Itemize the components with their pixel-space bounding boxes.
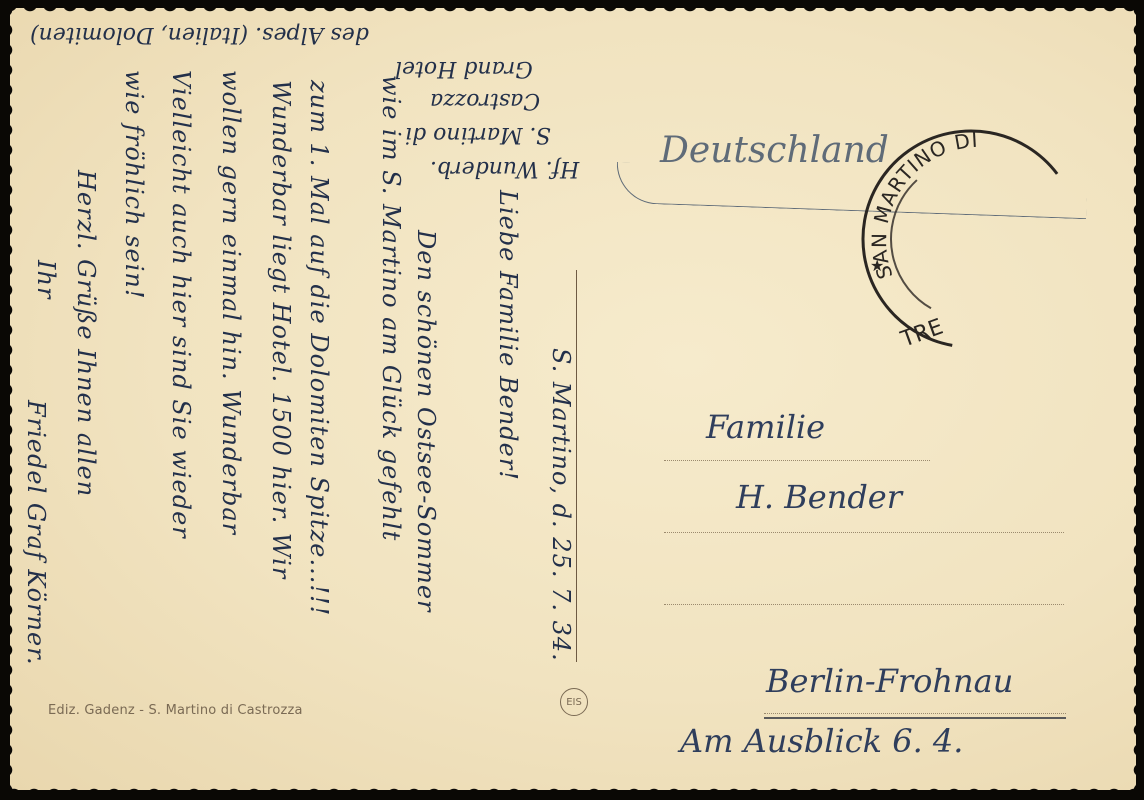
message-line-6: wollen gern einmal hin. Wunderbar (217, 70, 245, 535)
message-line-5: Wunderbar liegt Hotel. 1500 hier. Wir (267, 80, 295, 579)
note-heading: Hf. Wunderb. (430, 156, 579, 181)
message-line-11: Friedel Graf Körner. (22, 400, 50, 666)
message-line-7: Vielleicht auch hier sind Sie wieder (167, 70, 195, 539)
address-line-2: H. Bender (736, 478, 902, 516)
star-icon: ★ (870, 256, 884, 275)
publisher-logo: EIS (560, 688, 588, 716)
city-underline (764, 717, 1066, 719)
note-san-martino: S. Martino di (405, 122, 551, 147)
message-line-3: wie im S. Martino am Glück gefehlt (377, 75, 405, 541)
postmark-stamp: SAN MARTINO DI TRE ★ (858, 126, 1084, 352)
address-line-4: Am Ausblick 6. 4. (680, 722, 963, 760)
address-line-3: Berlin-Frohnau (766, 662, 1013, 700)
message-line-10: Ihr (32, 260, 60, 299)
publisher-imprint: Ediz. Gadenz - S. Martino di Castrozza (48, 703, 303, 718)
address-country: Deutschland (660, 130, 889, 171)
deckled-edge-left (8, 0, 22, 800)
address-line-3-rule (664, 604, 1064, 605)
message-date: S. Martino, d. 25. 7. 34. (547, 348, 575, 662)
message-line-2: Den schönen Ostsee-Sommer (412, 230, 440, 613)
deckled-edge-bottom (0, 780, 1144, 794)
deckled-edge-top (0, 6, 1144, 20)
address-line-4-rule (764, 713, 1066, 714)
message-line-8: wie fröhlich sein! (120, 70, 148, 300)
note-grand-hotel: Grand Hotel (395, 56, 533, 81)
message-line-1: Liebe Familie Bender! (494, 190, 522, 481)
address-line-2-rule (664, 532, 1064, 533)
address-line-1-rule (664, 460, 930, 461)
deckled-edge-right (1124, 0, 1138, 800)
note-castrozza: Castrozza (430, 88, 540, 113)
postmark-lower-text: TRE (897, 315, 947, 352)
note-dolomiten: des Alpes. (Italien, Dolomiten) (30, 22, 369, 47)
message-line-9: Herzl. Grüße Ihnen allen (72, 170, 100, 497)
message-line-4: zum 1. Mal auf die Dolomiten Spitze...!!… (305, 80, 333, 616)
address-line-1: Familie (706, 408, 825, 446)
center-divider (576, 270, 577, 662)
